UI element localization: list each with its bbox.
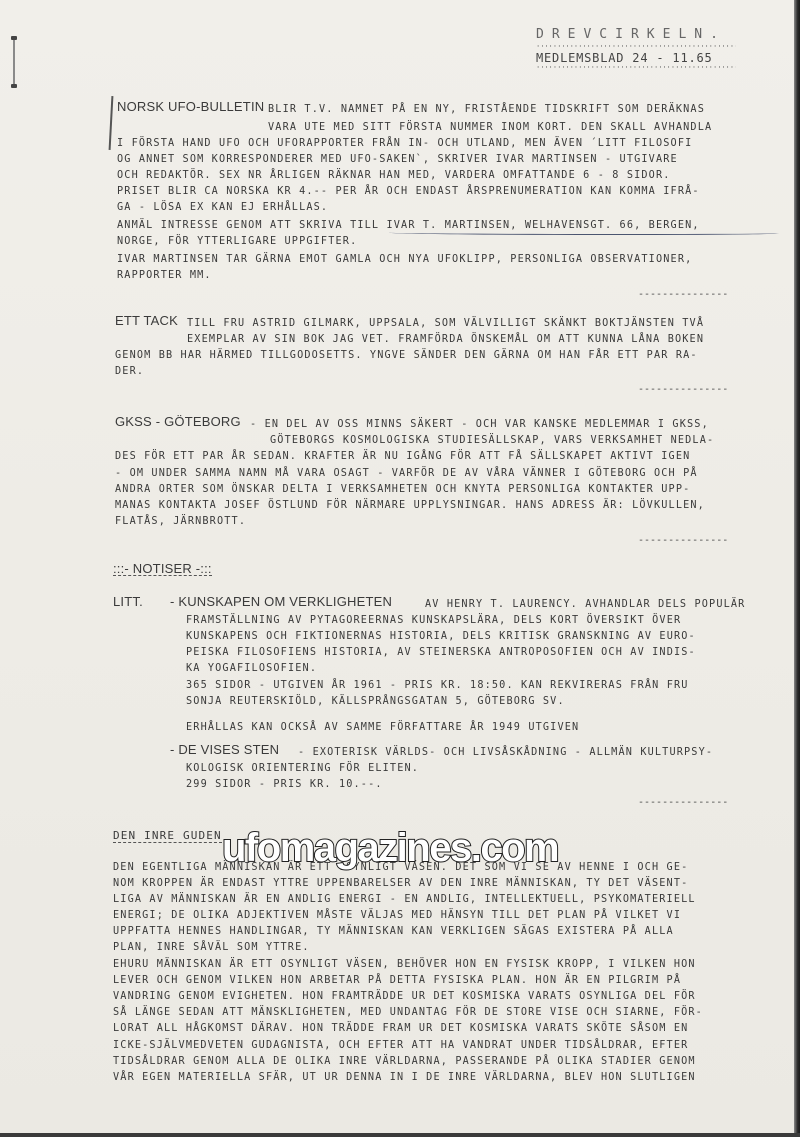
section-lead: ETT TACK (115, 314, 178, 327)
text-line: VARA UTE MED SITT FÖRSTA NUMMER INOM KOR… (268, 121, 712, 134)
margin-bracket-mark (109, 96, 114, 150)
section-lead: GKSS - GÖTEBORG (115, 415, 241, 428)
book-title: - DE VISES STEN (170, 743, 279, 756)
text-line: AV HENRY T. LAURENCY. AVHANDLAR DELS POP… (425, 598, 745, 611)
text-line: ICKE-SJÄLVMEDVETEN GUDAGNISTA, OCH EFTER… (113, 1039, 688, 1052)
masthead-dot-rule: ''''''''''''''''''''''''''''''''''''''''… (536, 66, 736, 72)
text-line: 299 SIDOR - PRIS KR. 10.--. (186, 778, 383, 791)
separator-rule: --------------- (638, 288, 728, 301)
text-line: OG ANNET SOM KORRESPONDERER MED UFO-SAKE… (117, 153, 678, 166)
separator-rule: --------------- (638, 383, 728, 396)
text-line: ENERGI; DE OLIKA ADJEKTIVEN MÅSTE VÄLJAS… (113, 909, 681, 922)
text-line: - EN DEL AV OSS MINNS SÄKERT - OCH VAR K… (250, 418, 709, 431)
text-line: VANDRING GENOM EVIGHETEN. HON FRAMTRÄDDE… (113, 990, 696, 1003)
text-line: BLIR T.V. NAMNET PÅ EN NY, FRISTÅENDE TI… (268, 103, 705, 116)
text-line: RAPPORTER MM. (117, 269, 212, 282)
text-line: TILL FRU ASTRID GILMARK, UPPSALA, SOM VÄ… (187, 317, 704, 330)
text-line: GÖTEBORGS KOSMOLOGISKA STUDIESÄLLSKAP, V… (270, 434, 714, 447)
text-line: KA YOGAFILOSOFIEN. (186, 662, 317, 675)
watermark-text: ufomagazines.com (222, 826, 558, 870)
text-line: NORGE, FÖR YTTERLIGARE UPPGIFTER. (117, 235, 357, 248)
staple-mark (13, 38, 15, 86)
text-line: DER. (115, 365, 144, 378)
section-heading: :::- NOTISER -::: (113, 562, 212, 576)
text-line: 365 SIDOR - UTGIVEN ÅR 1961 - PRIS KR. 1… (186, 679, 689, 692)
text-line: LIGA AV MÄNNISKAN ÄR EN ANDLIG ENERGI - … (113, 893, 696, 906)
text-line: OCH REDAKTÖR. SEX NR ÅRLIGEN RÄKNAR HAN … (117, 169, 671, 182)
page-edge-shadow (794, 0, 800, 1137)
text-line: IVAR MARTINSEN TAR GÄRNA EMOT GAMLA OCH … (117, 253, 692, 266)
text-line: MANAS KONTAKTA JOSEF ÖSTLUND FÖR NÄRMARE… (115, 499, 705, 512)
text-line: SÅ LÄNGE SEDAN ATT MÄNSKLIGHETEN, MED UN… (113, 1006, 703, 1019)
page-bottom-edge (0, 1133, 800, 1137)
text-line: FLATÅS, JÄRNBROTT. (115, 515, 246, 528)
text-line: - OM UNDER SAMMA NAMN MÅ VARA OSAGT - VA… (115, 467, 698, 480)
masthead: DREVCIRKELN. '''''''''''''''''''''''''''… (536, 28, 736, 72)
text-line: KOLOGISK ORIENTERING FÖR ELITEN. (186, 762, 419, 775)
text-line: VÅR EGEN MATERIELLA SFÄR, UT UR DENNA IN… (113, 1071, 696, 1084)
text-line: FRAMSTÄLLNING AV PYTAGOREERNAS KUNSKAPSL… (186, 614, 681, 627)
text-line: PEISKA FILOSOFIENS HISTORIA, AV STEINERS… (186, 646, 696, 659)
text-line: - EXOTERISK VÄRLDS- OCH LIVSÅSKÅDNING - … (298, 746, 713, 759)
text-line: LEVER OCH GENOM VILKEN HON ARBETAR PÅ DE… (113, 974, 681, 987)
text-line: ERHÅLLAS KAN OCKSÅ AV SAMME FÖRFATTARE Å… (186, 721, 579, 734)
text-line: ANDRA ORTER SOM ÖNSKAR DELTA I VERKSAMHE… (115, 483, 690, 496)
text-line: I FÖRSTA HAND UFO OCH UFORAPPORTER FRÅN … (117, 137, 692, 150)
text-line: UPPFATTA HENNES HANDLINGAR, TY MÄNNISKAN… (113, 925, 674, 938)
text-line: GENOM BB HAR HÄRMED TILLGODOSETTS. YNGVE… (115, 349, 698, 362)
separator-rule: --------------- (638, 534, 728, 547)
separator-rule: --------------- (638, 796, 728, 809)
document-page: DREVCIRKELN. '''''''''''''''''''''''''''… (0, 0, 794, 1137)
text-line: TIDSÅLDRAR GENOM ALLA DE OLIKA INRE VÄRL… (113, 1055, 696, 1068)
ink-underline-address (389, 231, 779, 235)
text-line: GA - LÖSA EX KAN EJ ERHÅLLAS. (117, 201, 328, 214)
newsletter-title: DREVCIRKELN. (536, 28, 736, 41)
text-line: KUNSKAPENS OCH FIKTIONERNAS HISTORIA, DE… (186, 630, 696, 643)
text-line: PLAN, INRE SÅVÄL SOM YTTRE. (113, 941, 310, 954)
book-title: - KUNSKAPEN OM VERKLIGHETEN (170, 595, 392, 608)
issue-number: MEDLEMSBLAD 24 - 11.65 (536, 52, 736, 65)
category-label: LITT. (113, 595, 143, 608)
text-line: SONJA REUTERSKIÖLD, KÄLLSPRÅNGSGATAN 5, … (186, 695, 565, 708)
text-line: PRISET BLIR CA NORSKA KR 4.-- PER ÅR OCH… (117, 185, 700, 198)
section-lead: NORSK UFO-BULLETIN (117, 100, 264, 113)
text-line: NOM KROPPEN ÄR ENDAST YTTRE UPPENBARELSE… (113, 877, 688, 890)
text-line: EXEMPLAR AV SIN BOK JAG VET. FRAMFÖRDA Ö… (187, 333, 704, 346)
text-line: EHURU MÄNNISKAN ÄR ETT OSYNLIGT VÄSEN, B… (113, 958, 696, 971)
section-heading: DEN INRE GUDEN (113, 829, 222, 843)
text-line: DES FÖR ETT PAR ÅR SEDAN. KRAFTER ÄR NU … (115, 450, 690, 463)
text-line: LORAT ALL HÅGKOMST DÄRAV. HON TRÄDDE FRA… (113, 1022, 688, 1035)
